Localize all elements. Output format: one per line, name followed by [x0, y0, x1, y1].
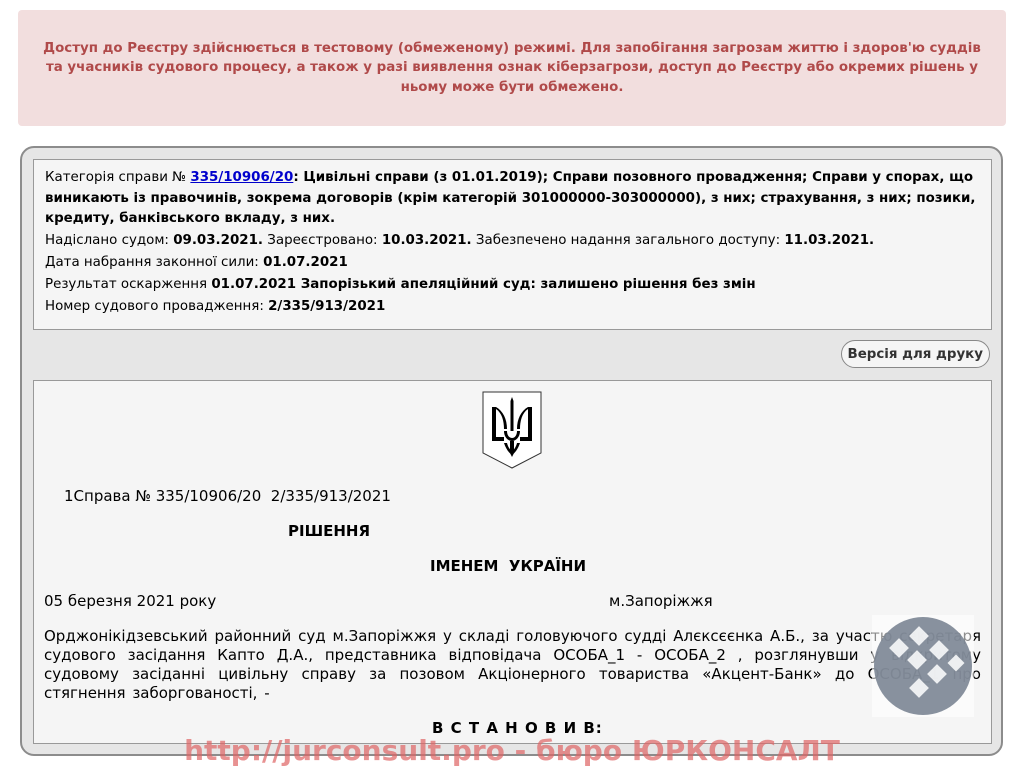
decision-city: м.Запоріжжя [609, 592, 713, 611]
case-category: Категорія справи № 335/10906/20: Цивільн… [45, 168, 980, 230]
established-heading: В С Т А Н О В И В: [432, 719, 603, 738]
print-version-button[interactable]: Версія для друку [841, 340, 991, 368]
decision-date: 05 березня 2021 року [44, 592, 216, 611]
alert-text: Доступ до Реєстру здійснюється в тестово… [34, 39, 990, 98]
case-dates: Надіслано судом: 09.03.2021. Зареєстрова… [45, 231, 980, 252]
decision-document: 1Справа № 335/10906/20 2/335/913/2021 РІ… [33, 380, 992, 744]
diamond-grid-badge-icon [872, 615, 974, 717]
case-number-line: 1Справа № 335/10906/20 2/335/913/2021 [64, 487, 391, 506]
appeal-result: Результат оскарження 01.07.2021 Запорізь… [45, 275, 980, 296]
test-mode-alert: Доступ до Реєстру здійснюється в тестово… [18, 10, 1006, 126]
decision-panel: Категорія справи № 335/10906/20: Цивільн… [20, 146, 1003, 756]
decision-title: РІШЕННЯ [288, 522, 370, 541]
case-info-box: Категорія справи № 335/10906/20: Цивільн… [33, 159, 992, 330]
effective-date: Дата набрання законної сили: 01.07.2021 [45, 253, 980, 274]
case-number-link[interactable]: 335/10906/20 [190, 170, 293, 185]
ukraine-trident-icon [482, 391, 542, 469]
decision-subtitle: ІМЕНЕМ УКРАЇНИ [430, 557, 586, 576]
decision-intro-paragraph: Орджонікідзевський районний суд м.Запорі… [44, 627, 981, 703]
badge-overlay [872, 615, 974, 717]
proceeding-number: Номер судового провадження: 2/335/913/20… [45, 297, 980, 318]
